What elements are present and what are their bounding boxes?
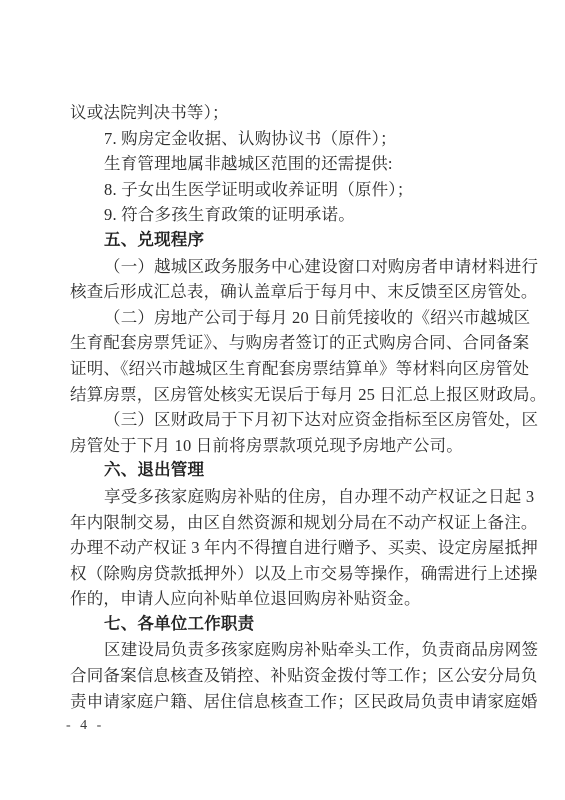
paragraph-line: 结算房票，区房管处核实无误后于每月 25 日汇总上报区财政局。 [70, 382, 525, 408]
paragraph-line: 享受多孩家庭购房补贴的住房，自办理不动产权证之日起 3 [70, 484, 525, 510]
paragraph-line: 房管处于下月 10 日前将房票款项兑现予房地产公司。 [70, 433, 525, 459]
paragraph-line: 年内限制交易，由区自然资源和规划分局在不动产权证上备注。 [70, 510, 525, 536]
paragraph-line: 责申请家庭户籍、居住信息核查工作；区民政局负责申请家庭婚 [70, 689, 525, 715]
paragraph-line: （二）房地产公司于每月 20 日前凭接收的《绍兴市越城区 [70, 305, 525, 331]
list-item-8: 8. 子女出生医学证明或收养证明（原件）； [70, 177, 525, 203]
page-number: - 4 - [66, 716, 104, 736]
paragraph-line: 作的，申请人应向补贴单位退回购房补贴资金。 [70, 586, 525, 612]
paragraph-line: 权（除购房贷款抵押外）以及上市交易等操作，确需进行上述操 [70, 561, 525, 587]
section-heading-5-redemption-procedure: 五、兑现程序 [70, 228, 525, 254]
paragraph-line: 区建设局负责多孩家庭购房补贴牵头工作，负责商品房网签 [70, 637, 525, 663]
paragraph-line: 办理不动产权证 3 年内不得擅自进行赠予、买卖、设定房屋抵押 [70, 535, 525, 561]
list-item-7: 7. 购房定金收据、认购协议书（原件）； [70, 126, 525, 152]
text-line-extra-note: 生育管理地属非越城区范围的还需提供: [70, 151, 525, 177]
list-item-9: 9. 符合多孩生育政策的证明承诺。 [70, 202, 525, 228]
document-body: 议或法院判决书等）； 7. 购房定金收据、认购协议书（原件）； 生育管理地属非越… [70, 100, 525, 714]
paragraph-line: （三）区财政局于下月初下达对应资金指标至区房管处，区 [70, 407, 525, 433]
paragraph-line: 生育配套房票凭证》、与购房者签订的正式购房合同、合同备案 [70, 330, 525, 356]
paragraph-line: 证明、《绍兴市越城区生育配套房票结算单》等材料向区房管处 [70, 356, 525, 382]
text-line-continuation: 议或法院判决书等）； [70, 100, 525, 126]
document-page: 议或法院判决书等）； 7. 购房定金收据、认购协议书（原件）； 生育管理地属非越… [0, 0, 565, 800]
section-heading-7-unit-responsibilities: 七、各单位工作职责 [70, 612, 525, 638]
section-heading-6-exit-management: 六、退出管理 [70, 458, 525, 484]
paragraph-line: （一）越城区政务服务中心建设窗口对购房者申请材料进行 [70, 254, 525, 280]
paragraph-line: 合同备案信息核查及销控、补贴资金拨付等工作；区公安分局负 [70, 663, 525, 689]
paragraph-line: 核查后形成汇总表，确认盖章后于每月中、末反馈至区房管处。 [70, 279, 525, 305]
